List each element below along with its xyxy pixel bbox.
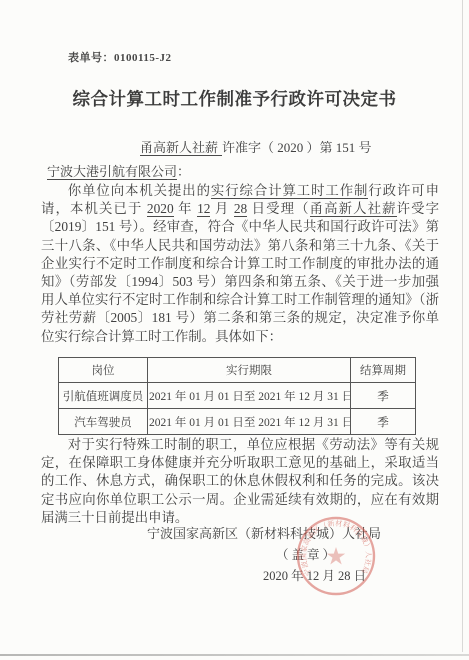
table-header-row: 岗位 实行期限 结算周期 <box>59 358 416 383</box>
body-text: 月 <box>210 201 233 216</box>
body-text-underlined: 实行综合计算工时工作制 <box>211 183 368 199</box>
cell-period: 2021 年 01 月 01 日至 2021 年 12 月 31 日 <box>148 409 351 435</box>
body-text: 日受理（ <box>247 201 309 216</box>
cell-position: 汽车驾驶员 <box>59 409 148 435</box>
cell-cycle: 季 <box>351 409 416 435</box>
cell-position: 引航值班调度员 <box>59 383 148 409</box>
issue-date: 2020 年 12 月 28 日 <box>263 566 366 584</box>
permit-positions-table: 岗位 实行期限 结算周期 引航值班调度员 2021 年 01 月 01 日至 2… <box>58 357 416 435</box>
accept-month: 12 <box>197 201 210 217</box>
header-period: 实行期限 <box>148 358 351 383</box>
accept-day: 28 <box>234 201 247 217</box>
scanned-document-page: 表单号：0100115-J2 综合计算工时工作制准予行政许可决定书 甬高新人社薪… <box>0 0 469 660</box>
company-colon: ： <box>177 164 190 179</box>
cell-period: 2021 年 01 月 01 日至 2021 年 12 月 31 日 <box>148 383 351 409</box>
doc-number-prefix: 甬高新人社薪 <box>140 140 222 156</box>
form-number: 表单号：0100115-J2 <box>68 49 172 65</box>
cell-cycle: 季 <box>351 383 416 409</box>
company-name: 宁波大港引航有限公司 <box>47 164 177 180</box>
decision-body-paragraph: 你单位向本机关提出的实行综合计算工时工作制行政许可申请，本机关已于 2020 年… <box>41 182 439 346</box>
header-cycle: 结算周期 <box>351 358 416 383</box>
scan-page-edge-bottom <box>0 654 469 656</box>
table-row: 引航值班调度员 2021 年 01 月 01 日至 2021 年 12 月 31… <box>59 383 416 409</box>
seal-placeholder-note: （盖章） <box>276 545 338 563</box>
addressee-company: 宁波大港引航有限公司： <box>47 161 190 180</box>
header-position: 岗位 <box>59 358 148 383</box>
issuing-authority: 宁波国家高新区（新材料科技城）人社局 <box>147 523 381 542</box>
document-reference-number: 甬高新人社薪许准字（ 2020 ）第 151 号 <box>140 137 372 156</box>
closing-paragraph: 对于实行特殊工时制的职工，单位应根据《劳动法》等有关规定，在保障职工身体健康并充… <box>41 436 439 527</box>
body-text: 你单位向本机关提出的 <box>68 183 211 198</box>
scan-page-edge-right <box>462 0 463 652</box>
body-text: 许受字〔2019〕151 号）。经审查，符合《中华人民共和国行政许可法》第三十八… <box>41 201 439 343</box>
accept-year: 2020 <box>147 201 174 217</box>
page-title: 综合计算工时工作制准予行政许可决定书 <box>0 86 469 111</box>
body-text: 年 <box>174 201 197 216</box>
doc-number-rest: 许准字（ 2020 ）第 151 号 <box>222 140 372 155</box>
receipt-code-underlined: 甬高新人社薪 <box>310 201 397 217</box>
table-row: 汽车驾驶员 2021 年 01 月 01 日至 2021 年 12 月 31 日… <box>59 409 416 435</box>
